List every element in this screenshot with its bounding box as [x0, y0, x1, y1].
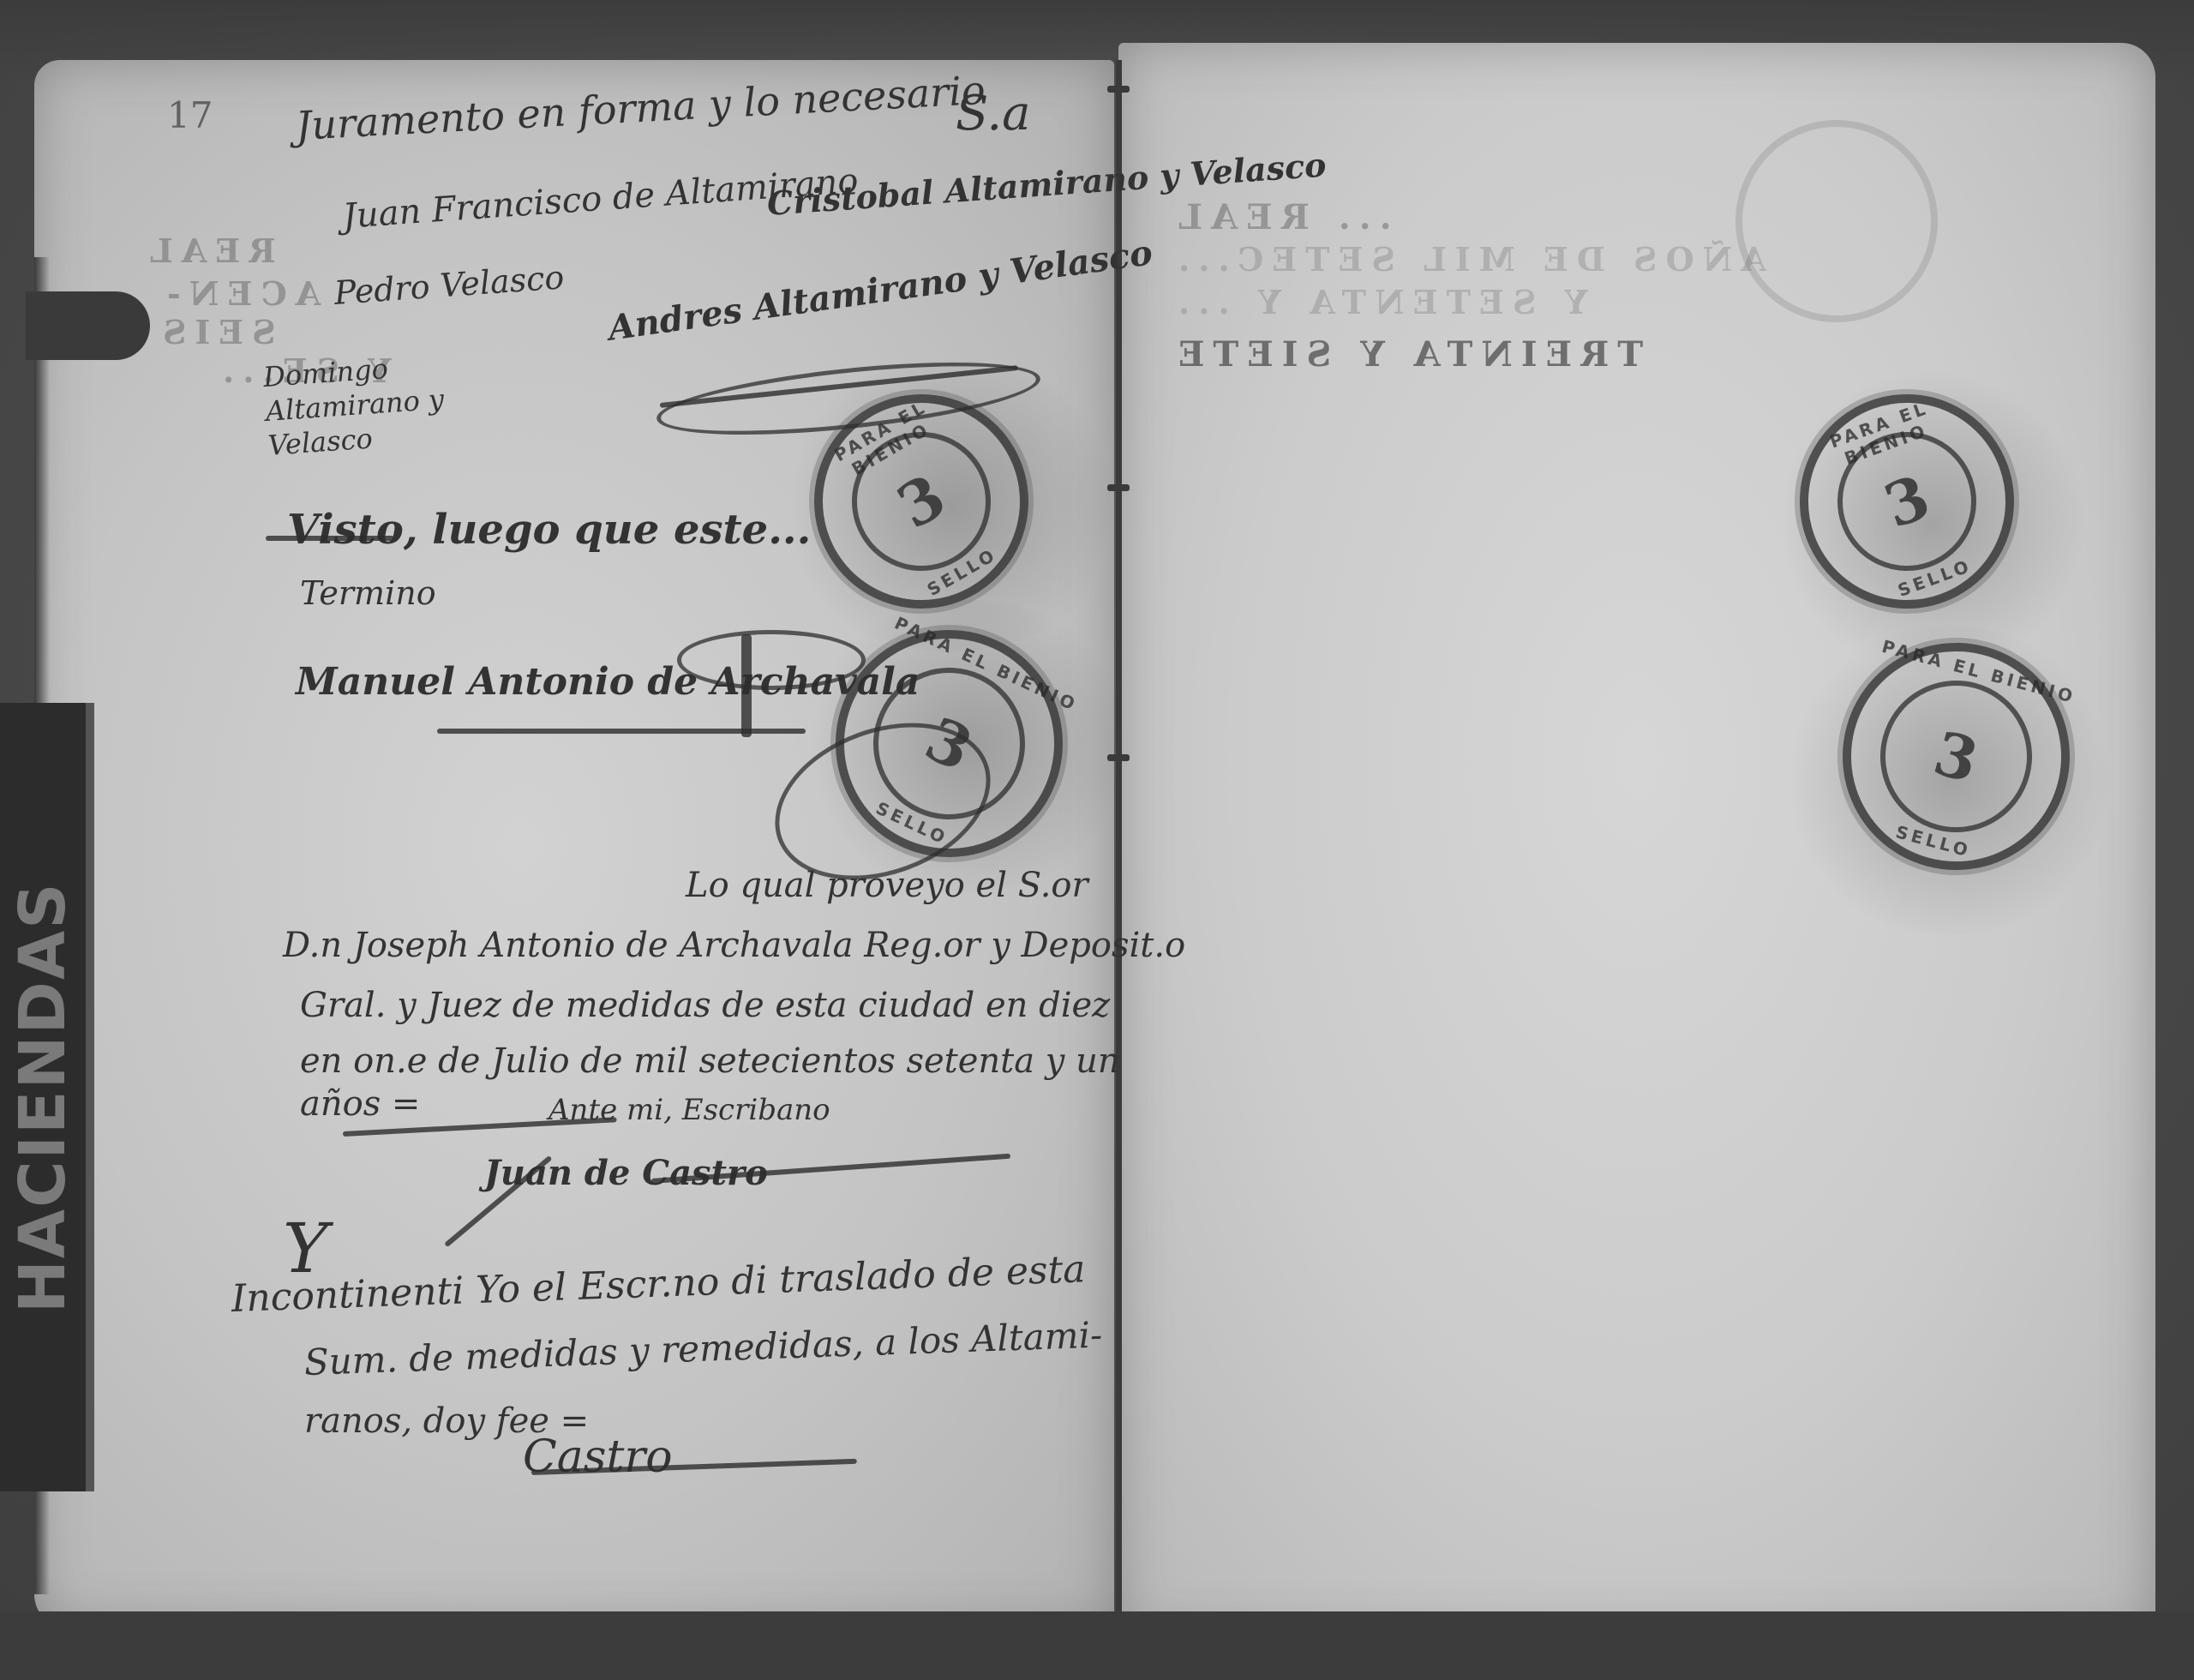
bleed-line: SEIS: [154, 313, 276, 351]
paragraph-line: D.n Joseph Antonio de Archavala Reg.or y…: [283, 926, 1185, 965]
ghost-stamp: [1735, 120, 1938, 322]
thumb-shadow: [26, 291, 150, 360]
paragraph-line: Gral. y Juez de medidas de esta ciudad e…: [300, 986, 1110, 1025]
paragraph-line: en on.e de Julio de mil setecientos sete…: [300, 1041, 1120, 1081]
binding-label: HACIENDAS: [7, 703, 79, 1491]
paragraph-line: Visto, luego que este...: [287, 506, 811, 554]
spine-fold: [1116, 60, 1122, 1620]
bottom-shadow: [0, 1611, 2194, 1680]
paragraph-line: años =: [300, 1084, 420, 1124]
bleed-line: ACEN-: [159, 274, 321, 313]
bleed-line: TREINTA Y SIETE: [1170, 334, 1643, 375]
bleed-line: AÑOS DE MIL SETEC...: [1170, 240, 1766, 279]
signature: Castro: [523, 1431, 673, 1483]
signature: Domingo Altamirano y Velasco: [262, 341, 543, 463]
paragraph-line: Termino: [300, 574, 436, 612]
right-page: ... REAL AÑOS DE MIL SETEC... Y SETENTA …: [1118, 43, 2155, 1637]
bleed-line: REAL: [141, 231, 276, 270]
provision-line: Lo qual proveyo el S.or: [686, 866, 1088, 905]
page-number: 17: [167, 94, 213, 136]
bleed-line: Y SETENTA Y ...: [1170, 283, 1588, 321]
signature: Ante mi, Escribano: [548, 1093, 830, 1127]
bleed-line: ... REAL: [1170, 197, 1392, 237]
header-signature: S.a: [956, 86, 1031, 141]
